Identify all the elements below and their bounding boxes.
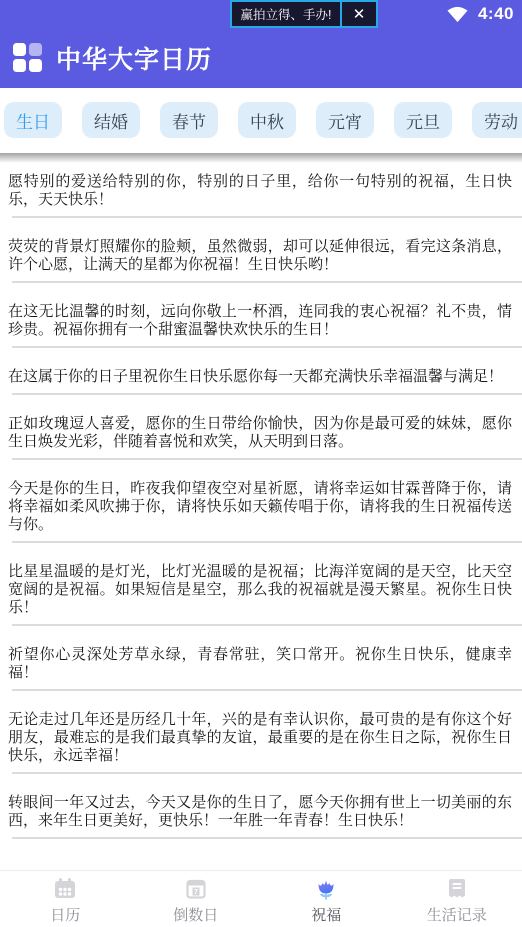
category-tab-bar[interactable]: 生日 结婚 春节 中秋 元宵 元旦 劳动: [0, 88, 522, 153]
bottom-nav: 日历 7 倒数日: [0, 870, 522, 927]
app-logo-icon: [13, 43, 43, 73]
blessing-item[interactable]: 正如玫瑰逗人喜爱，愿你的生日带给你愉快，因为你是最可爱的妹妹，愿你生日焕发光彩，…: [0, 395, 522, 460]
blessing-item[interactable]: 转眼间一年又过去，今天又是你的生日了，愿今天你拥有世上一切美丽的东西，来年生日更…: [0, 774, 522, 839]
blessing-item[interactable]: 无论走过几年还是历经几十年，兴的是有幸认识你，最可贵的是有你这个好朋友，最难忘的…: [0, 691, 522, 774]
blessing-text: 祈望你心灵深处芳草永绿，青春常驻，笑口常开。祝你生日快乐，健康幸福！: [8, 646, 512, 682]
blessing-item[interactable]: 愿特别的爱送给特别的你，特别的日子里，给你一句特别的祝福，生日快乐，天天快乐！: [0, 153, 522, 218]
notes-icon: [444, 876, 470, 902]
category-tab[interactable]: 生日: [4, 102, 62, 138]
notification-text: 赢拍立得、手办!: [232, 2, 340, 26]
category-tab[interactable]: 劳动: [472, 102, 522, 138]
blessing-list: 愿特别的爱送给特别的你，特别的日子里，给你一句特别的祝福，生日快乐，天天快乐！ …: [0, 153, 522, 839]
blessing-text: 无论走过几年还是历经几十年，兴的是有幸认识你，最可贵的是有你这个好朋友，最难忘的…: [8, 711, 512, 765]
app-window: 赢拍立得、手办! ✕ 4:40 中华大字日历 生日 结婚 春节 中秋 元宵 元旦: [0, 0, 522, 927]
blessing-text: 正如玫瑰逗人喜爱，愿你的生日带给你愉快，因为你是最可爱的妹妹，愿你生日焕发光彩，…: [8, 415, 512, 451]
blessing-text: 荧荧的背景灯照耀你的脸颊，虽然微弱，却可以延伸很远，看完这条消息，许个心愿，让满…: [8, 238, 512, 274]
blessing-item[interactable]: 今天是你的生日，昨夜我仰望夜空对星祈愿，请将幸运如甘霖普降于你，请将幸福如柔风吹…: [0, 460, 522, 543]
nav-label-calendar: 日历: [50, 904, 80, 925]
close-icon[interactable]: ✕: [340, 2, 376, 26]
category-tab[interactable]: 春节: [160, 102, 218, 138]
calendar-icon: [52, 876, 78, 902]
blessing-item[interactable]: 祈望你心灵深处芳草永绿，青春常驻，笑口常开。祝你生日快乐，健康幸福！: [0, 626, 522, 691]
blessing-text: 愿特别的爱送给特别的你，特别的日子里，给你一句特别的祝福，生日快乐，天天快乐！: [8, 173, 512, 209]
nav-item-life-records[interactable]: 生活记录: [392, 871, 522, 927]
nav-label-life-records: 生活记录: [427, 904, 487, 925]
nav-label-countdown: 倒数日: [173, 904, 218, 925]
blessing-text: 比星星温暖的是灯光，比灯光温暖的是祝福；比海洋宽阔的是天空，比天空宽阔的是祝福。…: [8, 563, 512, 617]
flower-icon: [313, 876, 339, 902]
blessing-text: 转眼间一年又过去，今天又是你的生日了，愿今天你拥有世上一切美丽的东西，来年生日更…: [8, 794, 512, 830]
nav-item-calendar[interactable]: 日历: [0, 871, 131, 927]
notification-banner[interactable]: 赢拍立得、手办! ✕: [230, 0, 378, 28]
blessing-item[interactable]: 比星星温暖的是灯光，比灯光温暖的是祝福；比海洋宽阔的是天空，比天空宽阔的是祝福。…: [0, 543, 522, 626]
app-header: 中华大字日历: [0, 28, 522, 88]
nav-label-blessings: 祝福: [311, 904, 341, 925]
status-time: 4:40: [478, 4, 514, 24]
nav-item-blessings[interactable]: 祝福: [261, 871, 392, 927]
blessing-item[interactable]: 荧荧的背景灯照耀你的脸颊，虽然微弱，却可以延伸很远，看完这条消息，许个心愿，让满…: [0, 218, 522, 283]
status-bar: 赢拍立得、手办! ✕ 4:40: [0, 0, 522, 28]
blessing-content[interactable]: 愿特别的爱送给特别的你，特别的日子里，给你一句特别的祝福，生日快乐，天天快乐！ …: [0, 153, 522, 870]
nav-item-countdown[interactable]: 7 倒数日: [131, 871, 262, 927]
category-tab[interactable]: 中秋: [238, 102, 296, 138]
blessing-text: 今天是你的生日，昨夜我仰望夜空对星祈愿，请将幸运如甘霖普降于你，请将幸福如柔风吹…: [8, 480, 512, 534]
wifi-icon: [447, 5, 468, 23]
blessing-text: 在这无比温馨的时刻，远向你敬上一杯酒，连同我的衷心祝福？礼不贵，情珍贵。祝福你拥…: [8, 303, 512, 339]
blessing-text: 在这属于你的日子里祝你生日快乐愿你每一天都充满快乐幸福温馨与满足！: [8, 368, 512, 386]
svg-text:7: 7: [194, 889, 198, 896]
category-tab[interactable]: 元宵: [316, 102, 374, 138]
app-title: 中华大字日历: [56, 40, 212, 76]
blessing-item[interactable]: 在这属于你的日子里祝你生日快乐愿你每一天都充满快乐幸福温馨与满足！: [0, 348, 522, 395]
category-tab[interactable]: 结婚: [82, 102, 140, 138]
category-tab[interactable]: 元旦: [394, 102, 452, 138]
countdown-icon: 7: [183, 876, 209, 902]
blessing-item[interactable]: 在这无比温馨的时刻，远向你敬上一杯酒，连同我的衷心祝福？礼不贵，情珍贵。祝福你拥…: [0, 283, 522, 348]
